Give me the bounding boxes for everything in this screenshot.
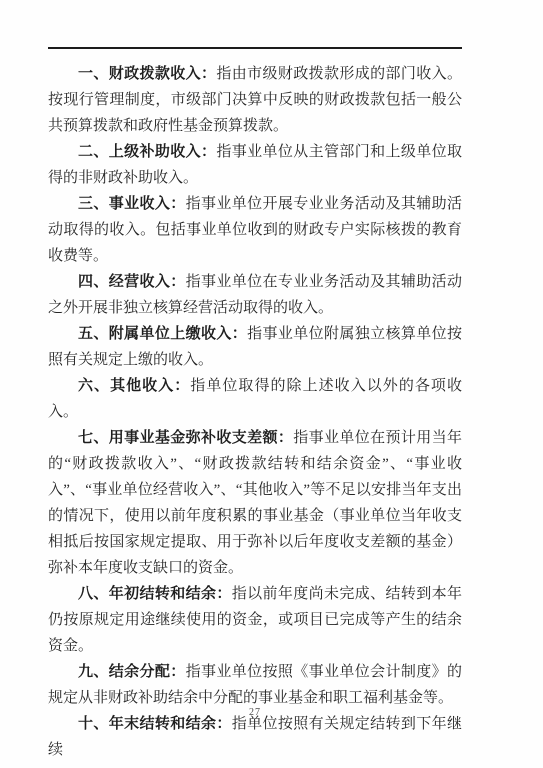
term-label: 六、其他收入： [78, 377, 190, 394]
term-label: 一、财政拨款收入： [78, 65, 216, 82]
definition-paragraph: 七、用事业基金弥补收支差额：指事业单位在预计用当年的“财政拨款收入”、“财政拨款… [48, 425, 462, 581]
term-label: 九、结余分配： [78, 663, 186, 680]
page-number: 27 [48, 707, 462, 718]
definition-paragraph: 一、财政拨款收入：指由市级财政拨款形成的部门收入。按现行管理制度，市级部门决算中… [48, 61, 462, 139]
definition-paragraph: 三、事业收入：指事业单位开展专业业务活动及其辅助活动取得的收入。包括事业单位收到… [48, 191, 462, 269]
definition-paragraph: 九、结余分配：指事业单位按照《事业单位会计制度》的规定从非财政补助结余中分配的事… [48, 659, 462, 711]
term-definition: 指事业单位在预计用当年的“财政拨款收入”、“财政拨款结转和结余资金”、“事业收入… [48, 430, 462, 576]
document-body: 一、财政拨款收入：指由市级财政拨款形成的部门收入。按现行管理制度，市级部门决算中… [48, 61, 462, 763]
definition-paragraph: 五、附属单位上缴收入：指事业单位附属独立核算单位按照有关规定上缴的收入。 [48, 321, 462, 373]
term-label: 五、附属单位上缴收入： [78, 325, 247, 342]
definition-paragraph: 八、年初结转和结余：指以前年度尚未完成、结转到本年仍按原规定用途继续使用的资金，… [48, 581, 462, 659]
term-label: 八、年初结转和结余： [78, 585, 232, 602]
term-label: 七、用事业基金弥补收支差额： [78, 429, 293, 446]
definition-paragraph: 六、其他收入：指单位取得的除上述收入以外的各项收入。 [48, 373, 462, 425]
document-page: 一、财政拨款收入：指由市级财政拨款形成的部门收入。按现行管理制度，市级部门决算中… [0, 0, 543, 768]
term-label: 二、上级补助收入： [78, 143, 216, 160]
definition-paragraph: 十、年末结转和结余：指单位按照有关规定结转到下年继续 [48, 711, 462, 763]
definition-paragraph: 四、经营收入：指事业单位在专业业务活动及其辅助活动之外开展非独立核算经营活动取得… [48, 269, 462, 321]
term-label: 四、经营收入： [78, 273, 186, 290]
header-rule [48, 47, 462, 49]
term-label: 三、事业收入： [78, 195, 186, 212]
definition-paragraph: 二、上级补助收入：指事业单位从主管部门和上级单位取得的非财政补助收入。 [48, 139, 462, 191]
